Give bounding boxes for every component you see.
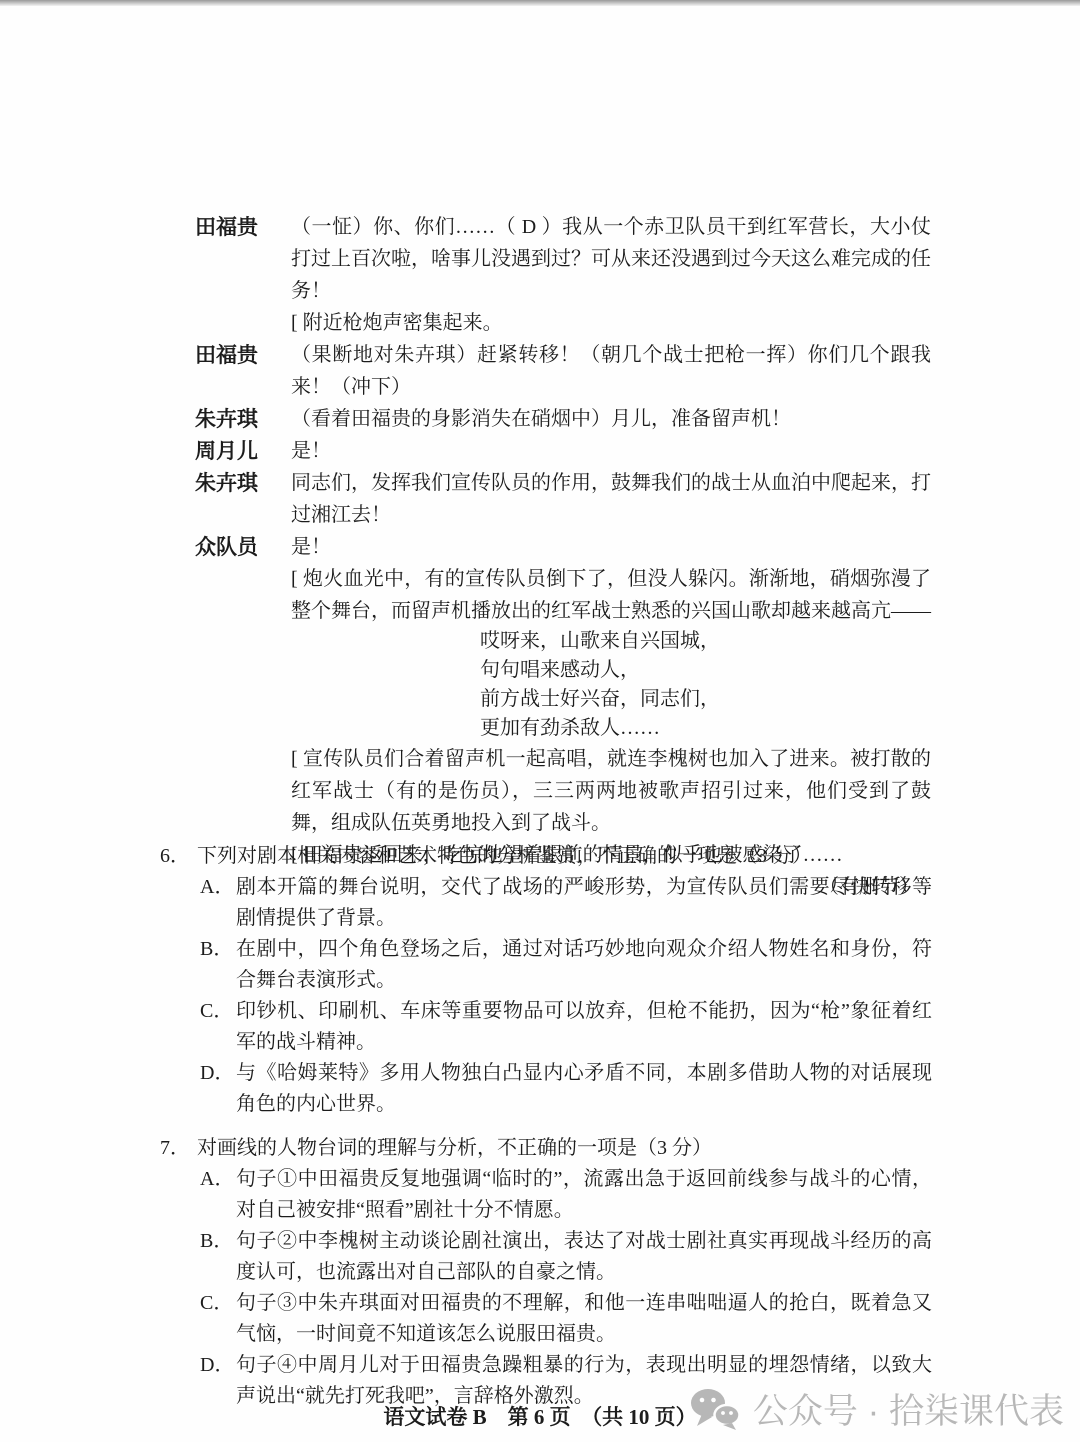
drama-script-excerpt: 田福贵 （一怔）你、你们……（ D ）我从一个赤卫队员干到红军营长，大小仗打过上… — [195, 211, 931, 903]
option-letter: C． — [200, 1288, 236, 1319]
option-text: 句子①中田福贵反复地强调“临时的”，流露出急于返回前线参与战斗的心情，对自己被安… — [236, 1164, 932, 1226]
questions-section: 6． 下列对剧本相关内容和艺术特色的分析鉴赏，不正确的一项是（3 分） A． 剧… — [160, 841, 932, 1412]
exam-page: 田福贵 （一怔）你、你们……（ D ）我从一个赤卫队员干到红军营长，大小仗打过上… — [0, 0, 1080, 1442]
speaker-name: 众队员 — [195, 531, 291, 563]
question-number: 7． — [160, 1133, 197, 1164]
dialogue-row: 朱卉琪 同志们，发挥我们宣传队员的作用，鼓舞我们的战士从血泊中爬起来，打过湘江去… — [195, 467, 931, 531]
option-letter: D． — [200, 1350, 236, 1381]
option-text: 句子②中李槐树主动谈论剧社演出，表达了对战士剧社真实再现战斗经历的高度认可，也流… — [236, 1226, 932, 1288]
lyric-line: 句句唱来感动人， — [480, 656, 931, 685]
option-letter: C． — [200, 996, 236, 1027]
option-d: D． 与《哈姆莱特》多用人物独白凸显内心矛盾不同，本剧多借助人物的对话展现角色的… — [200, 1058, 932, 1120]
question-stem: 下列对剧本相关内容和艺术特色的分析鉴赏，不正确的一项是（3 分） — [197, 841, 932, 872]
question-number: 6． — [160, 841, 197, 872]
option-text: 在剧中，四个角色登场之后，通过对话巧妙地向观众介绍人物姓名和身份，符合舞台表演形… — [236, 934, 932, 996]
dialogue-row: 朱卉琪 （看着田福贵的身影消失在硝烟中）月儿，准备留声机！ — [195, 403, 931, 435]
dialogue-row: 田福贵 （果断地对朱卉琪）赶紧转移！（朝几个战士把枪一挥）你们几个跟我来！（冲下… — [195, 339, 931, 403]
watermark-text: 公众号 · 拾柒课代表 — [753, 1384, 1064, 1434]
watermark: 公众号 · 拾柒课代表 — [689, 1384, 1064, 1434]
speaker-name: 田福贵 — [195, 339, 291, 371]
speaker-name: 周月儿 — [195, 435, 291, 467]
question-stem-row: 7． 对画线的人物台词的理解与分析，不正确的一项是（3 分） — [160, 1133, 932, 1164]
option-letter: B． — [200, 934, 236, 965]
option-c: C． 句子③中朱卉琪面对田福贵的不理解，和他一连串咄咄逼人的抢白，既着急又气恼，… — [200, 1288, 932, 1350]
option-text: 句子③中朱卉琪面对田福贵的不理解，和他一连串咄咄逼人的抢白，既着急又气恼，一时间… — [236, 1288, 932, 1350]
question-stem-row: 6． 下列对剧本相关内容和艺术特色的分析鉴赏，不正确的一项是（3 分） — [160, 841, 932, 872]
lyric-line: 更加有劲杀敌人…… — [480, 714, 931, 743]
option-text: 印钞机、印刷机、车床等重要物品可以放弃，但枪不能扔，因为“枪”象征着红军的战斗精… — [236, 996, 932, 1058]
speaker-name: 朱卉琪 — [195, 403, 291, 435]
option-text: 与《哈姆莱特》多用人物独白凸显内心矛盾不同，本剧多借助人物的对话展现角色的内心世… — [236, 1058, 932, 1120]
question-7: 7． 对画线的人物台词的理解与分析，不正确的一项是（3 分） A． 句子①中田福… — [160, 1133, 932, 1412]
option-b: B． 在剧中，四个角色登场之后，通过对话巧妙地向观众介绍人物姓名和身份，符合舞台… — [200, 934, 932, 996]
speech-text: 是！ — [291, 531, 931, 563]
question-6: 6． 下列对剧本相关内容和艺术特色的分析鉴赏，不正确的一项是（3 分） A． 剧… — [160, 841, 932, 1120]
stage-direction: [ 炮火血光中，有的宣传队员倒下了，但没人躲闪。渐渐地，硝烟弥漫了整个舞台，而留… — [291, 563, 931, 627]
speaker-name: 田福贵 — [195, 211, 291, 243]
scan-top-edge — [0, 0, 1080, 6]
stage-direction: [ 宣传队员们合着留声机一起高唱，就连李槐树也加入了进来。被打散的红军战士（有的… — [291, 743, 931, 839]
song-lyrics: 哎呀来，山歌来自兴国城， 句句唱来感动人， 前方战士好兴奋，同志们， 更加有劲杀… — [480, 627, 931, 743]
option-text: 剧本开篇的舞台说明，交代了战场的严峻形势，为宣传队员们需要尽快转移等剧情提供了背… — [236, 872, 932, 934]
wechat-icon — [689, 1387, 743, 1431]
option-c: C． 印钞机、印刷机、车床等重要物品可以放弃，但枪不能扔，因为“枪”象征着红军的… — [200, 996, 932, 1058]
option-letter: A． — [200, 1164, 236, 1195]
speaker-name: 朱卉琪 — [195, 467, 291, 499]
speech-text: （看着田福贵的身影消失在硝烟中）月儿，准备留声机！ — [291, 403, 931, 435]
dialogue-row: 周月儿 是！ — [195, 435, 931, 467]
option-letter: A． — [200, 872, 236, 903]
dialogue-row: 众队员 是！ — [195, 531, 931, 563]
lyric-line: 前方战士好兴奋，同志们， — [480, 685, 931, 714]
speech-text: 是！ — [291, 435, 931, 467]
option-letter: D． — [200, 1058, 236, 1089]
option-a: A． 句子①中田福贵反复地强调“临时的”，流露出急于返回前线参与战斗的心情，对自… — [200, 1164, 932, 1226]
option-a: A． 剧本开篇的舞台说明，交代了战场的严峻形势，为宣传队员们需要尽快转移等剧情提… — [200, 872, 932, 934]
dialogue-row: 田福贵 （一怔）你、你们……（ D ）我从一个赤卫队员干到红军营长，大小仗打过上… — [195, 211, 931, 307]
option-b: B． 句子②中李槐树主动谈论剧社演出，表达了对战士剧社真实再现战斗经历的高度认可… — [200, 1226, 932, 1288]
question-stem: 对画线的人物台词的理解与分析，不正确的一项是（3 分） — [197, 1133, 932, 1164]
speech-text: 同志们，发挥我们宣传队员的作用，鼓舞我们的战士从血泊中爬起来，打过湘江去！ — [291, 467, 931, 531]
speech-text: （一怔）你、你们……（ D ）我从一个赤卫队员干到红军营长，大小仗打过上百次啦，… — [291, 211, 931, 307]
option-letter: B． — [200, 1226, 236, 1257]
speech-text: （果断地对朱卉琪）赶紧转移！（朝几个战士把枪一挥）你们几个跟我来！（冲下） — [291, 339, 931, 403]
lyric-line: 哎呀来，山歌来自兴国城， — [480, 627, 931, 656]
stage-direction: [ 附近枪炮声密集起来。 — [291, 307, 931, 339]
